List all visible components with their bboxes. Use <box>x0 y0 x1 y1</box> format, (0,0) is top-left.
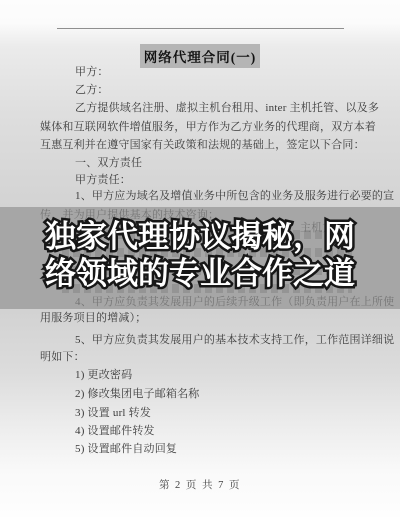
title-row: 网络代理合同(一) <box>0 44 400 68</box>
contract-clause-5: 5、甲方应负责其发展用户的基本技术支持工作，工作范围详细说 <box>75 332 394 348</box>
contract-clause-4-cont: 用服务项目的增减）； <box>40 310 147 326</box>
contract-section-title: 一、双方责任 <box>75 155 142 171</box>
contract-line-party-a: 甲方： <box>75 64 109 80</box>
contract-line: 乙方提供域名注册、虚拟主机台租用、inter 主机托管、以及多 <box>75 100 379 116</box>
headline-fill: 络领域的专业合作之道 <box>45 256 355 292</box>
headline-overlay: 独家代理协议揭秘，网 独家代理协议揭秘，网 络领域的专业合作之道 络领域的专业合… <box>0 219 400 293</box>
document-title: 网络代理合同(一) <box>140 44 261 68</box>
contract-line: 媒体和互联网软件增值服务，甲方作为乙方业务的代理商，双方本着 <box>40 119 376 135</box>
contract-line: 互惠互利并在遵守国家有关政策和法规的基础上，签定以下合同： <box>40 137 365 153</box>
contract-subsection: 甲方责任： <box>75 172 131 188</box>
list-item-1: 1) 更改密码 <box>75 367 132 383</box>
header-rule <box>57 28 344 29</box>
contract-clause-1: 1、甲方应为域名及增值业务中所包含的业务及服务进行必要的宣 <box>75 188 394 204</box>
contract-clause-5-cont: 明如下： <box>40 349 85 365</box>
list-item-4: 4) 设置邮件转发 <box>75 423 155 439</box>
headline-overlay-line2: 络领域的专业合作之道 络领域的专业合作之道 <box>0 256 400 293</box>
page-number: 第 2 页 共 7 页 <box>0 477 400 492</box>
contract-line-party-b: 乙方： <box>75 82 109 98</box>
list-item-2: 2) 修改集团电子邮箱名称 <box>75 386 200 402</box>
list-item-5: 5) 设置邮件自动回复 <box>75 441 177 457</box>
headline-fill: 独家代理协议揭秘，网 <box>45 219 355 255</box>
list-item-3: 3) 设置 url 转发 <box>75 405 151 421</box>
headline-overlay-line1: 独家代理协议揭秘，网 独家代理协议揭秘，网 <box>0 219 400 256</box>
scanned-contract-page: { "page": { "title": "网络代理合同(一)", "foote… <box>0 0 400 517</box>
